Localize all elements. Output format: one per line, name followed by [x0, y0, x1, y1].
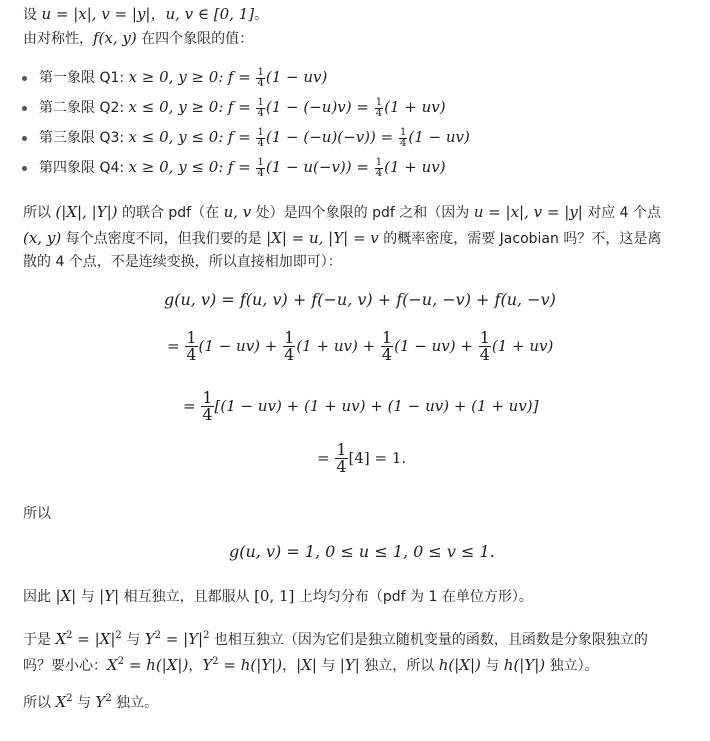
- text: 因此: [23, 589, 55, 605]
- text: 独立，所以: [360, 658, 439, 674]
- fraction: 14: [256, 128, 264, 149]
- numerator: 1: [375, 158, 383, 169]
- denominator: 4: [375, 109, 383, 119]
- text: 散的 4 个点，不是连续变换，所以直接相加即可）：: [23, 254, 342, 270]
- formula-expr: (1 + uv): [384, 98, 446, 116]
- paragraph-5-conclusion: 所以 X2 与 Y2 独立。: [23, 689, 158, 713]
- var: = h(|X|): [124, 656, 188, 674]
- numerator: 1: [256, 158, 264, 169]
- math: Y2 = h(|Y|): [202, 656, 282, 674]
- denominator: 4: [283, 347, 295, 363]
- text: 对应 4 个点: [583, 205, 661, 221]
- denominator: 4: [399, 139, 407, 149]
- denominator: 4: [185, 347, 197, 363]
- paragraph-1-line-1: 所以 (|X|, |Y|) 的联合 pdf（在 u, v 处）是四个象限的 pd…: [23, 202, 661, 223]
- denominator: 4: [256, 79, 264, 89]
- text: 在四个象限的值：: [137, 31, 253, 47]
- math: |X| = u, |Y| = v: [266, 229, 379, 247]
- math-fxy: f(x, y): [93, 29, 137, 47]
- math: (|X|, |Y|): [55, 203, 117, 221]
- quadrant-label: 第三象限 Q3:: [39, 130, 124, 146]
- bullet-icon: [22, 76, 27, 81]
- paragraph-2-label: 所以: [23, 504, 51, 524]
- fraction: 14: [283, 330, 295, 363]
- equals: =: [183, 397, 200, 415]
- fraction: 14: [185, 330, 197, 363]
- fraction: 14: [256, 68, 264, 89]
- math: |Y|: [99, 587, 119, 605]
- text: 由对称性，: [23, 31, 93, 47]
- paragraph-1-line-2: (x, y) 每个点密度不同，但我们要的是 |X| = u, |Y| = v 的…: [23, 228, 661, 249]
- text: 吗？要小心：: [23, 658, 107, 674]
- text: 每个点密度不同，但我们要的是: [61, 231, 266, 247]
- text: 处）是四个象限的 pdf 之和（因为: [251, 205, 474, 221]
- formula-expr: (1 − uv): [408, 128, 470, 146]
- quadrant-condition: x ≥ 0, y ≤ 0:: [129, 158, 224, 176]
- quadrant-condition: x ≤ 0, y ≥ 0:: [129, 98, 224, 116]
- math-definition: u = |x|, v = |y|，u, v ∈ [0, 1]: [41, 5, 254, 23]
- bullet-icon: [22, 136, 27, 141]
- math: (x, y): [23, 229, 61, 247]
- math: h(|Y|): [504, 656, 545, 674]
- intro-line-1: 设 u = |x|, v = |y|，u, v ∈ [0, 1]。: [23, 4, 268, 25]
- math: [0, 1]: [254, 587, 294, 605]
- numerator: 1: [256, 68, 264, 79]
- text: 上均匀分布（pdf 为 1 在单位方形）。: [294, 589, 532, 605]
- text: ，: [188, 658, 202, 674]
- document-page: 设 u = |x|, v = |y|，u, v ∈ [0, 1]。 由对称性，f…: [0, 0, 710, 741]
- var: X: [55, 693, 66, 711]
- math: Y2 = |Y|2: [145, 630, 210, 648]
- text: 与: [73, 695, 96, 711]
- text: 与: [76, 589, 99, 605]
- equation-sum-terms: = 14(1 − uv) + 14(1 + uv) + 14(1 − uv) +…: [167, 330, 553, 363]
- text: 独立）。: [545, 658, 598, 674]
- bracket-sum: [(1 − uv) + (1 + uv) + (1 − uv) + (1 + u…: [215, 397, 539, 415]
- paragraph-4-line-1: 于是 X2 = |X|2 与 Y2 = |Y|2 也相互独立（因为它们是独立随机…: [23, 626, 648, 650]
- formula-expr: (1 − (−u)v) =: [266, 98, 374, 116]
- fraction: 14: [256, 158, 264, 179]
- text: 与: [122, 632, 145, 648]
- var: X: [55, 630, 66, 648]
- quadrant-label: 第二象限 Q2:: [39, 100, 124, 116]
- text: 的联合 pdf（在: [118, 205, 224, 221]
- term: (1 + uv): [492, 337, 554, 355]
- text: 。: [254, 7, 268, 23]
- var: = |X|: [73, 630, 116, 648]
- math: |X|: [55, 587, 76, 605]
- denominator: 4: [381, 347, 393, 363]
- list-item-q2: 第二象限 Q2: x ≤ 0, y ≥ 0: f = 14(1 − (−u)v)…: [39, 97, 446, 119]
- formula-lhs: f =: [228, 158, 256, 176]
- text: 相互独立，且都服从: [119, 589, 254, 605]
- var: Y: [202, 656, 212, 674]
- denominator: 4: [335, 459, 347, 475]
- fraction: 14: [375, 98, 383, 119]
- numerator: 1: [256, 128, 264, 139]
- numerator: 1: [399, 128, 407, 139]
- fraction: 14: [375, 158, 383, 179]
- paragraph-4-line-2: 吗？要小心：X2 = h(|X|)，Y2 = h(|Y|)，|X| 与 |Y| …: [23, 652, 599, 676]
- equation-g-uniform: g(u, v) = 1, 0 ≤ u ≤ 1, 0 ≤ v ≤ 1.: [229, 538, 495, 566]
- bullet-icon: [22, 166, 27, 171]
- denominator: 4: [201, 407, 213, 423]
- fraction: 14: [479, 330, 491, 363]
- quadrant-condition: x ≥ 0, y ≥ 0:: [129, 68, 224, 86]
- text: 设: [23, 7, 41, 23]
- math: h(|X|): [439, 656, 481, 674]
- numerator: 1: [375, 98, 383, 109]
- var: Y: [95, 693, 105, 711]
- text: 于是: [23, 632, 55, 648]
- paragraph-3: 因此 |X| 与 |Y| 相互独立，且都服从 [0, 1] 上均匀分布（pdf …: [23, 586, 533, 607]
- equation-g-definition: g(u, v) = f(u, v) + f(−u, v) + f(−u, −v)…: [164, 286, 556, 314]
- list-item-q4: 第四象限 Q4: x ≥ 0, y ≤ 0: f = 14(1 − u(−v))…: [39, 157, 446, 179]
- denominator: 4: [256, 139, 264, 149]
- equation-factored: = 14[(1 − uv) + (1 + uv) + (1 − uv) + (1…: [183, 390, 539, 423]
- var: X: [107, 656, 118, 674]
- text: 独立。: [112, 695, 158, 711]
- text: 所以: [23, 205, 55, 221]
- denominator: 4: [479, 347, 491, 363]
- denominator: 4: [256, 109, 264, 119]
- math: u, v: [224, 203, 252, 221]
- fraction: 14: [399, 128, 407, 149]
- quadrant-label: 第四象限 Q4:: [39, 160, 124, 176]
- text: 也相互独立（因为它们是独立随机变量的函数，且函数是分象限独立的: [209, 632, 647, 648]
- text: 与: [317, 658, 340, 674]
- equals: =: [317, 449, 334, 467]
- formula-lhs: f =: [228, 98, 256, 116]
- list-item-q1: 第一象限 Q1: x ≥ 0, y ≥ 0: f = 14(1 − uv): [39, 67, 327, 89]
- formula-expr: (1 + uv): [384, 158, 446, 176]
- math: |X|: [296, 656, 317, 674]
- fraction: 14: [335, 442, 347, 475]
- numerator: 1: [256, 98, 264, 109]
- fraction: 14: [256, 98, 264, 119]
- quadrant-label: 第一象限 Q1:: [39, 70, 124, 86]
- fraction: 14: [201, 390, 213, 423]
- equation-result: = 14[4] = 1.: [317, 442, 406, 475]
- formula-expr: (1 − uv): [266, 68, 328, 86]
- text: 所以: [23, 695, 55, 711]
- bullet-icon: [22, 106, 27, 111]
- intro-line-2: 由对称性，f(x, y) 在四个象限的值：: [23, 28, 253, 49]
- denominator: 4: [375, 169, 383, 179]
- math: Y2: [95, 693, 111, 711]
- quadrant-condition: x ≤ 0, y ≤ 0:: [129, 128, 224, 146]
- denominator: 4: [256, 169, 264, 179]
- math: X2: [55, 693, 72, 711]
- math: u = |x|, v = |y|: [474, 203, 583, 221]
- formula-lhs: f =: [228, 128, 256, 146]
- paragraph-1-line-3: 散的 4 个点，不是连续变换，所以直接相加即可）：: [23, 252, 342, 272]
- fraction: 14: [381, 330, 393, 363]
- text: ，: [282, 658, 296, 674]
- result: [4] = 1.: [349, 449, 407, 467]
- var: = h(|Y|): [219, 656, 282, 674]
- math: X2 = h(|X|): [107, 656, 188, 674]
- var: = |Y|: [161, 630, 203, 648]
- math: X2 = |X|2: [55, 630, 121, 648]
- formula-expr: (1 − (−u)(−v)) =: [266, 128, 398, 146]
- formula-expr: (1 − u(−v)) =: [266, 158, 374, 176]
- equals: =: [167, 337, 184, 355]
- var: Y: [145, 630, 155, 648]
- text: 的概率密度，需要 Jacobian 吗？不，这是离: [379, 231, 662, 247]
- term: (1 + uv) +: [296, 337, 380, 355]
- term: (1 − uv) +: [199, 337, 283, 355]
- math: |Y|: [340, 656, 360, 674]
- list-item-q3: 第三象限 Q3: x ≤ 0, y ≤ 0: f = 14(1 − (−u)(−…: [39, 127, 470, 149]
- text: 与: [481, 658, 504, 674]
- formula-lhs: f =: [228, 68, 256, 86]
- term: (1 − uv) +: [394, 337, 478, 355]
